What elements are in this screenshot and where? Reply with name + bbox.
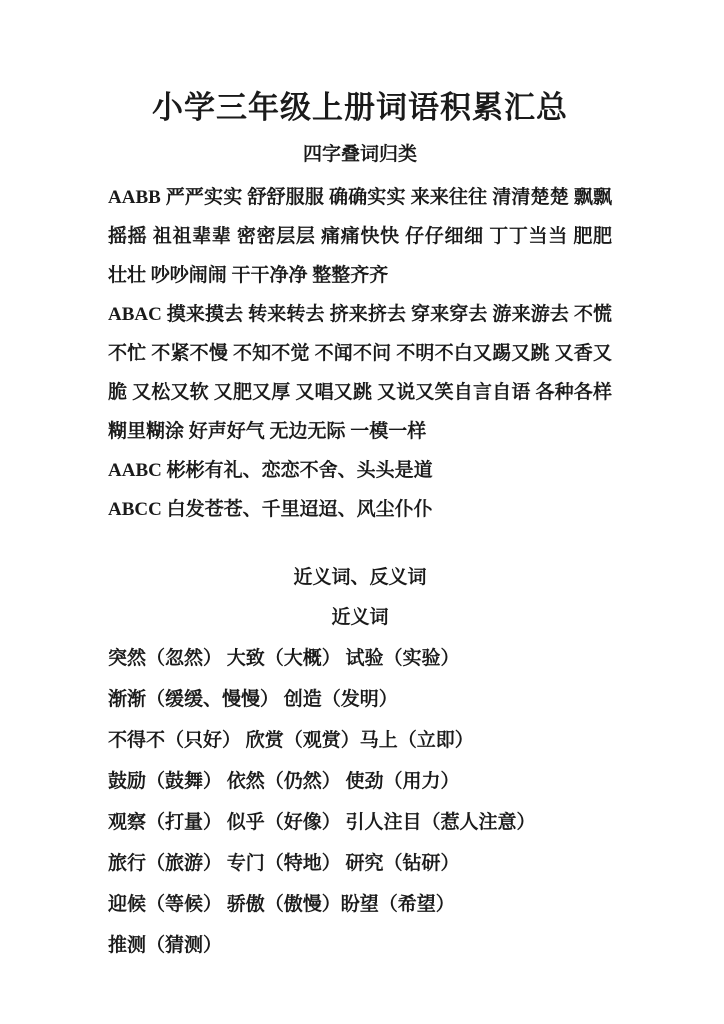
synonyms-section: 突然（忽然） 大致（大概） 试验（实验） 渐渐（缓缓、慢慢） 创造（发明） 不得…	[108, 638, 612, 966]
text-line: 不忙 不紧不慢 不知不觉 不闻不问 不明不白又踢又跳 又香又	[108, 334, 612, 373]
synonyms-subheading: 近义词	[108, 598, 612, 638]
synonym-line: 突然（忽然） 大致（大概） 试验（实验）	[108, 638, 612, 679]
text-line: 糊里糊涂 好声好气 无边无际 一模一样	[108, 412, 612, 451]
synonyms-antonyms-heading: 近义词、反义词	[108, 558, 612, 598]
aabb-paragraph: AABB 严严实实 舒舒服服 确确实实 来来往往 清清楚楚 飘飘 摇摇 祖祖辈辈…	[108, 178, 612, 295]
document-content: 小学三年级上册词语积累汇总 四字叠词归类 AABB 严严实实 舒舒服服 确确实实…	[0, 0, 724, 966]
text-line: ABCC 白发苍苍、千里迢迢、风尘仆仆	[108, 490, 612, 529]
synonym-line: 渐渐（缓缓、慢慢） 创造（发明）	[108, 679, 612, 720]
abcc-paragraph: ABCC 白发苍苍、千里迢迢、风尘仆仆	[108, 490, 612, 529]
text-line: AABC 彬彬有礼、恋恋不舍、头头是道	[108, 451, 612, 490]
section-gap	[108, 529, 612, 558]
synonym-line: 推测（猜测）	[108, 925, 612, 966]
abac-paragraph: ABAC 摸来摸去 转来转去 挤来挤去 穿来穿去 游来游去 不慌 不忙 不紧不慢…	[108, 295, 612, 451]
synonym-line: 迎候（等候） 骄傲（傲慢）盼望（希望）	[108, 884, 612, 925]
reduplication-section: AABB 严严实实 舒舒服服 确确实实 来来往往 清清楚楚 飘飘 摇摇 祖祖辈辈…	[108, 178, 612, 529]
synonym-line: 鼓励（鼓舞） 依然（仍然） 使劲（用力）	[108, 761, 612, 802]
text-line: ABAC 摸来摸去 转来转去 挤来挤去 穿来穿去 游来游去 不慌	[108, 295, 612, 334]
text-line: 摇摇 祖祖辈辈 密密层层 痛痛快快 仔仔细细 丁丁当当 肥肥	[108, 217, 612, 256]
page-title: 小学三年级上册词语积累汇总	[108, 86, 612, 130]
text-line: AABB 严严实实 舒舒服服 确确实实 来来往往 清清楚楚 飘飘	[108, 178, 612, 217]
text-line: 壮壮 吵吵闹闹 干干净净 整整齐齐	[108, 256, 612, 295]
reduplication-heading: 四字叠词归类	[108, 140, 612, 170]
aabc-paragraph: AABC 彬彬有礼、恋恋不舍、头头是道	[108, 451, 612, 490]
document-page: 小学三年级上册词语积累汇总 四字叠词归类 AABB 严严实实 舒舒服服 确确实实…	[0, 0, 724, 1024]
synonym-line: 不得不（只好） 欣赏（观赏）马上（立即）	[108, 720, 612, 761]
synonym-line: 观察（打量） 似乎（好像） 引人注目（惹人注意）	[108, 802, 612, 843]
text-line: 脆 又松又软 又肥又厚 又唱又跳 又说又笑自言自语 各种各样	[108, 373, 612, 412]
synonym-line: 旅行（旅游） 专门（特地） 研究（钻研）	[108, 843, 612, 884]
